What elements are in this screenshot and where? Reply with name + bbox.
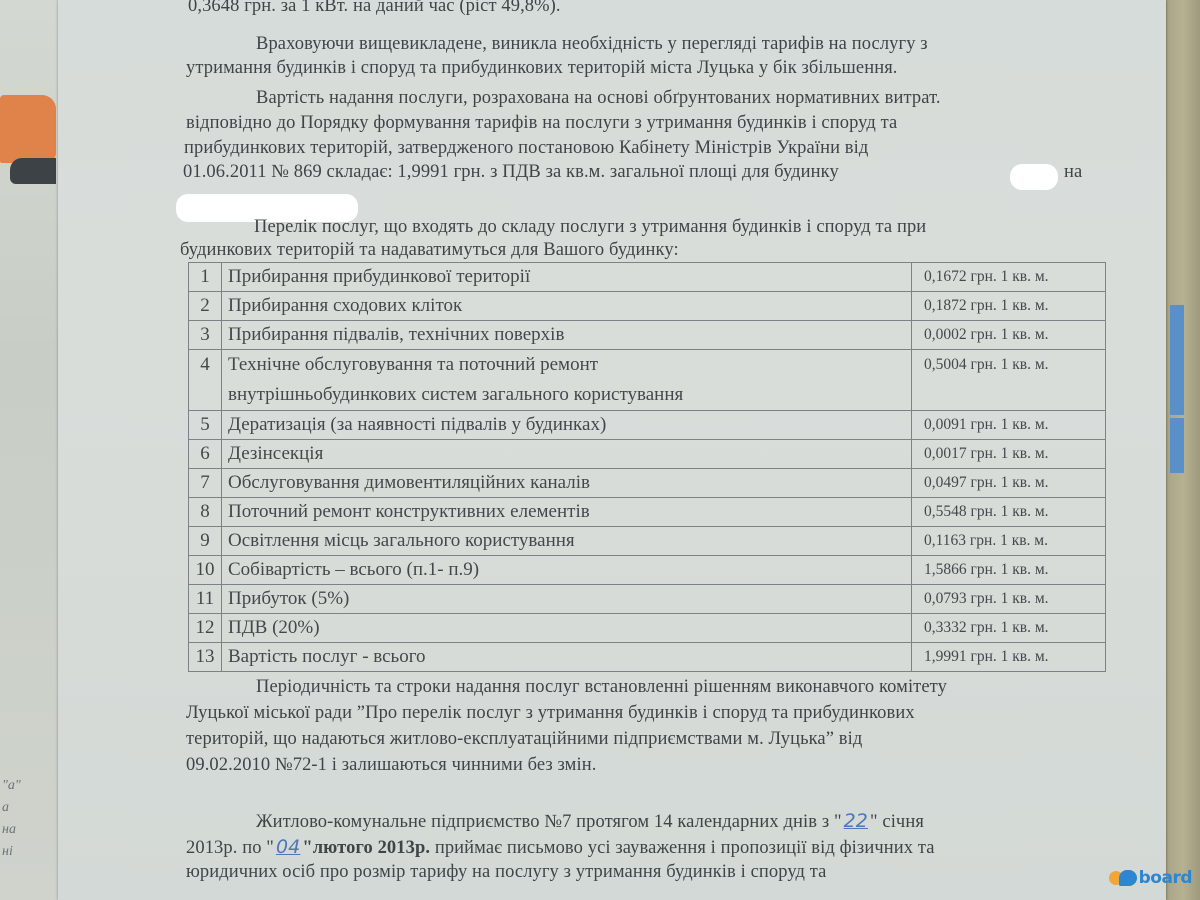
paragraph-line: прибудинкових територій, затвердженого п…: [184, 138, 868, 159]
logo-speech-bubble-icon: [1119, 870, 1137, 886]
service-name: Собівартість – всього (п.1- п.9): [222, 556, 912, 585]
wall-background-right: [1166, 0, 1200, 900]
handwritten-start-day: 22: [842, 810, 870, 832]
service-name: Технічне обслуговування та поточний ремо…: [222, 350, 912, 411]
table-row: 11 Прибуток (5%) 0,0793 грн. 1 кв. м.: [189, 585, 1106, 614]
row-number: 9: [189, 527, 222, 556]
row-number: 13: [189, 643, 222, 672]
paragraph-line: на: [1064, 162, 1082, 183]
service-name: Поточний ремонт конструктивних елементів: [222, 498, 912, 527]
row-number: 1: [189, 263, 222, 292]
paragraph-line: Луцької міської ради ”Про перелік послуг…: [186, 703, 915, 724]
service-name: Вартість послуг - всього: [222, 643, 912, 672]
row-number: 8: [189, 498, 222, 527]
row-number: 10: [189, 556, 222, 585]
redacted-house-number: [1010, 164, 1058, 190]
row-number: 4: [189, 350, 222, 411]
service-name: Дезінсекція: [222, 440, 912, 469]
paragraph-line: Вартість надання послуги, розрахована на…: [256, 88, 941, 109]
service-name: Прибирання підвалів, технічних поверхів: [222, 321, 912, 350]
table-row: 5 Дератизація (за наявності підвалів у б…: [189, 411, 1106, 440]
row-number: 7: [189, 469, 222, 498]
row-number: 2: [189, 292, 222, 321]
service-cost: 1,5866 грн. 1 кв. м.: [912, 556, 1106, 585]
wall-dark-patch: [10, 158, 56, 184]
service-cost: 0,1872 грн. 1 кв. м.: [912, 292, 1106, 321]
row-number: 6: [189, 440, 222, 469]
wall-scrawl-text: "а" а на ні: [2, 775, 21, 863]
row-number: 5: [189, 411, 222, 440]
logo-wordmark: board: [1139, 868, 1192, 888]
paragraph-line: юридичних осіб про розмір тарифу на посл…: [186, 862, 826, 883]
wall-paint-patch: [0, 95, 56, 163]
service-cost: 0,5548 грн. 1 кв. м.: [912, 498, 1106, 527]
service-cost: 0,3332 грн. 1 кв. м.: [912, 614, 1106, 643]
paragraph-line: Враховуючи вищевикладене, виникла необхі…: [256, 34, 928, 55]
service-name: ПДВ (20%): [222, 614, 912, 643]
paragraph-line: 2013р. по "04"лютого 2013р. приймає пись…: [186, 836, 935, 859]
row-number: 11: [189, 585, 222, 614]
paragraph-line: територій, що надаються житлово-експлуат…: [186, 729, 862, 750]
row-number: 12: [189, 614, 222, 643]
service-cost: 0,1672 грн. 1 кв. м.: [912, 263, 1106, 292]
table-row: 2 Прибирання сходових кліток 0,1872 грн.…: [189, 292, 1106, 321]
service-cost: 0,0793 грн. 1 кв. м.: [912, 585, 1106, 614]
service-name: Прибирання сходових кліток: [222, 292, 912, 321]
wall-blue-stripe: [1170, 418, 1184, 473]
handwritten-end-day: 04: [274, 836, 302, 858]
paragraph-line: утримання будинків і споруд та прибудинк…: [186, 58, 898, 79]
service-name: Освітлення місць загального користування: [222, 527, 912, 556]
paragraph-line: відповідно до Порядку формування тарифів…: [186, 113, 897, 134]
service-name: Прибирання прибудинкової території: [222, 263, 912, 292]
paragraph-line: 01.06.2011 № 869 складає: 1,9991 грн. з …: [183, 162, 839, 183]
services-tariff-table: 1 Прибирання прибудинкової території 0,1…: [188, 262, 1106, 672]
service-cost: 0,1163 грн. 1 кв. м.: [912, 527, 1106, 556]
service-cost: 1,9991 грн. 1 кв. м.: [912, 643, 1106, 672]
paragraph-line: будинкових територій та надаватимуться д…: [180, 240, 679, 261]
table-row: 12 ПДВ (20%) 0,3332 грн. 1 кв. м.: [189, 614, 1106, 643]
service-name: Дератизація (за наявності підвалів у буд…: [222, 411, 912, 440]
paragraph-line: Перелік послуг, що входять до складу пос…: [254, 217, 926, 238]
table-row: 7 Обслуговування димовентиляційних канал…: [189, 469, 1106, 498]
paragraph-line: Житлово-комунальне підприємство №7 протя…: [256, 810, 924, 833]
wall-background-left: "а" а на ні: [0, 0, 58, 900]
paragraph-line: 09.02.2010 №72-1 і залишаються чинними б…: [186, 755, 596, 776]
table-row: 6 Дезінсекція 0,0017 грн. 1 кв. м.: [189, 440, 1106, 469]
table-row: 9 Освітлення місць загального користуван…: [189, 527, 1106, 556]
table-row: 13 Вартість послуг - всього 1,9991 грн. …: [189, 643, 1106, 672]
service-name: Обслуговування димовентиляційних каналів: [222, 469, 912, 498]
service-cost: 0,0002 грн. 1 кв. м.: [912, 321, 1106, 350]
wall-blue-stripe: [1170, 305, 1184, 415]
table-row: 4 Технічне обслуговування та поточний ре…: [189, 350, 1106, 411]
table-row: 10 Собівартість – всього (п.1- п.9) 1,58…: [189, 556, 1106, 585]
row-number: 3: [189, 321, 222, 350]
table-row: 1 Прибирання прибудинкової території 0,1…: [189, 263, 1106, 292]
service-cost: 0,0497 грн. 1 кв. м.: [912, 469, 1106, 498]
paragraph-line: Періодичність та строки надання послуг в…: [256, 677, 947, 698]
paragraph-line: 0,3648 грн. за 1 кВт. на даний час (ріст…: [188, 0, 561, 17]
table-row: 3 Прибирання підвалів, технічних поверхі…: [189, 321, 1106, 350]
service-cost: 0,0091 грн. 1 кв. м.: [912, 411, 1106, 440]
table-row: 8 Поточний ремонт конструктивних елемент…: [189, 498, 1106, 527]
service-name: Прибуток (5%): [222, 585, 912, 614]
service-cost: 0,0017 грн. 1 кв. м.: [912, 440, 1106, 469]
service-cost: 0,5004 грн. 1 кв. м.: [912, 350, 1106, 411]
board-watermark-logo: board: [1109, 868, 1192, 888]
